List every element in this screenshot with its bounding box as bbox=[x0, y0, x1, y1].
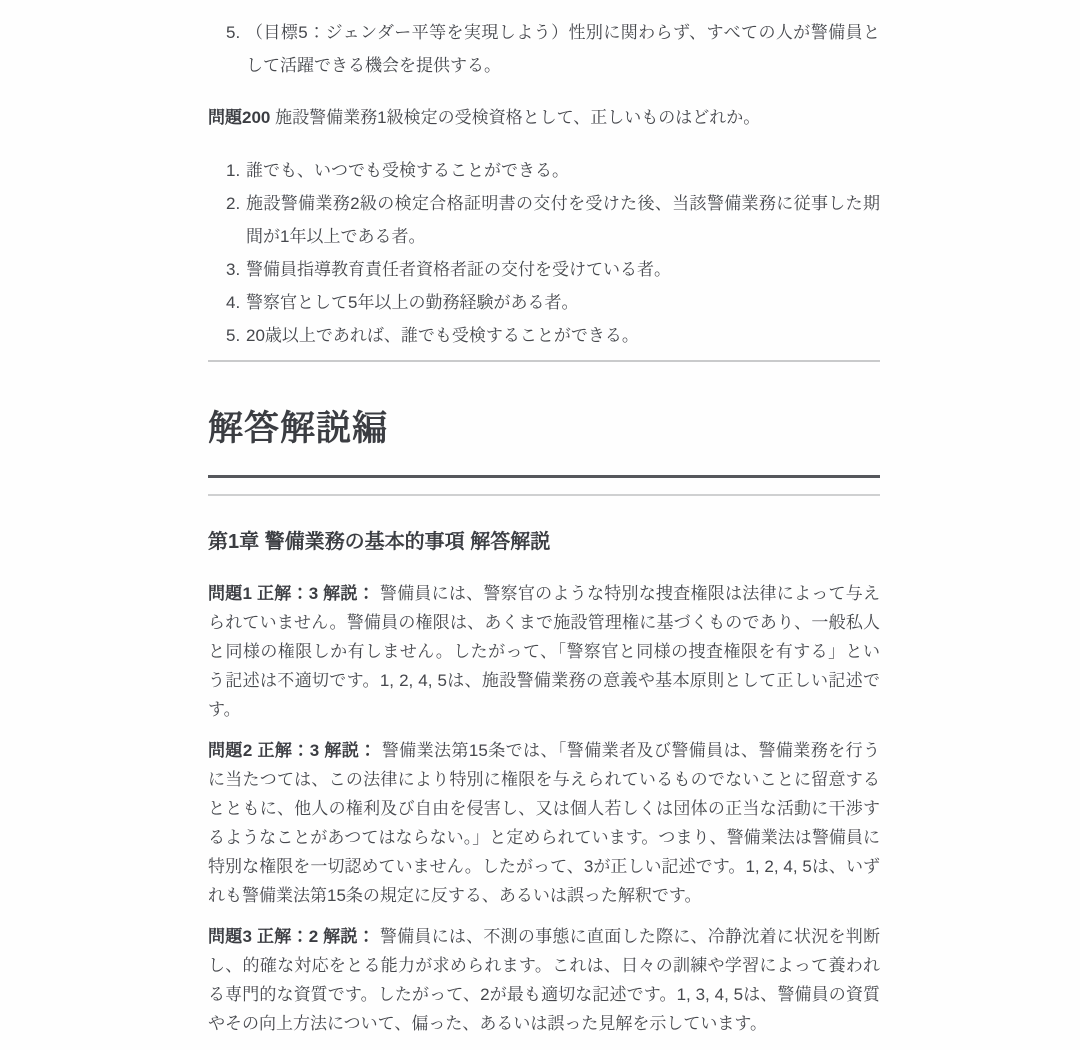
choice-text: 20歳以上であれば、誰でも受検することができる。 bbox=[246, 326, 639, 345]
explanation-paragraph: 問題2 正解：3 解説： 警備業法第15条では、「警備業者及び警備員は、警備業務… bbox=[208, 736, 880, 910]
explanation-label: 問題2 正解：3 解説： bbox=[208, 741, 377, 760]
choice-text: 警察官として5年以上の勤務経験がある者。 bbox=[246, 293, 578, 312]
explanation-text: 警備業法第15条では、「警備業者及び警備員は、警備業務を行うに当たつては、この法… bbox=[208, 741, 880, 905]
question-heading: 問題200 施設警備業務1級検定の受検資格として、正しいものはどれか。 bbox=[208, 106, 880, 130]
choice-number: 2. bbox=[226, 187, 240, 220]
question-text: 施設警備業務1級検定の受検資格として、正しいものはどれか。 bbox=[275, 108, 760, 127]
choice-item: 5. 20歳以上であれば、誰でも受検することができる。 bbox=[208, 319, 880, 352]
explanation-label: 問題1 正解：3 解説： bbox=[208, 584, 375, 603]
choice-item: 3. 警備員指導教育責任者資格者証の交付を受けている者。 bbox=[208, 253, 880, 286]
choice-number: 4. bbox=[226, 286, 240, 319]
choice-number: 3. bbox=[226, 253, 240, 286]
document-content: 5. （目標5：ジェンダー平等を実現しよう）性別に関わらず、すべての人が警備員と… bbox=[208, 0, 880, 1050]
list-item-text: （目標5：ジェンダー平等を実現しよう）性別に関わらず、すべての人が警備員として活… bbox=[246, 23, 880, 75]
choice-text: 警備員指導教育責任者資格者証の交付を受けている者。 bbox=[246, 260, 671, 279]
explanation-list: 問題1 正解：3 解説： 警備員には、警察官のような特別な捜査権限は法律によって… bbox=[208, 579, 880, 1038]
question-number-label: 問題200 bbox=[208, 108, 270, 127]
list-item-number: 5. bbox=[226, 16, 240, 49]
choice-number: 1. bbox=[226, 154, 240, 187]
document-page: 5. （目標5：ジェンダー平等を実現しよう）性別に関わらず、すべての人が警備員と… bbox=[0, 0, 1080, 1050]
choice-item: 4. 警察官として5年以上の勤務経験がある者。 bbox=[208, 286, 880, 319]
chapter-heading: 第1章 警備業務の基本的事項 解答解説 bbox=[208, 528, 880, 556]
choice-item: 1. 誰でも、いつでも受検することができる。 bbox=[208, 154, 880, 187]
page-title: 解答解説編 bbox=[208, 407, 880, 451]
title-underline-rule bbox=[208, 475, 880, 478]
section-divider-rule bbox=[208, 360, 880, 362]
choice-text: 誰でも、いつでも受検することができる。 bbox=[246, 161, 569, 180]
explanation-label: 問題3 正解：2 解説： bbox=[208, 927, 375, 946]
explanation-text: 警備員には、警察官のような特別な捜査権限は法律によって与えられていません。警備員… bbox=[208, 584, 880, 719]
choice-number: 5. bbox=[226, 319, 240, 352]
choice-item: 2. 施設警備業務2級の検定合格証明書の交付を受けた後、当該警備業務に従事した期… bbox=[208, 187, 880, 253]
explanation-paragraph: 問題3 正解：2 解説： 警備員には、不測の事態に直面した際に、冷静沈着に状況を… bbox=[208, 922, 880, 1038]
explanation-paragraph: 問題1 正解：3 解説： 警備員には、警察官のような特別な捜査権限は法律によって… bbox=[208, 579, 880, 724]
choice-text: 施設警備業務2級の検定合格証明書の交付を受けた後、当該警備業務に従事した期間が1… bbox=[246, 194, 880, 246]
title-divider-rule bbox=[208, 494, 880, 496]
choice-list: 1. 誰でも、いつでも受検することができる。 2. 施設警備業務2級の検定合格証… bbox=[208, 154, 880, 352]
list-item: 5. （目標5：ジェンダー平等を実現しよう）性別に関わらず、すべての人が警備員と… bbox=[208, 16, 880, 82]
